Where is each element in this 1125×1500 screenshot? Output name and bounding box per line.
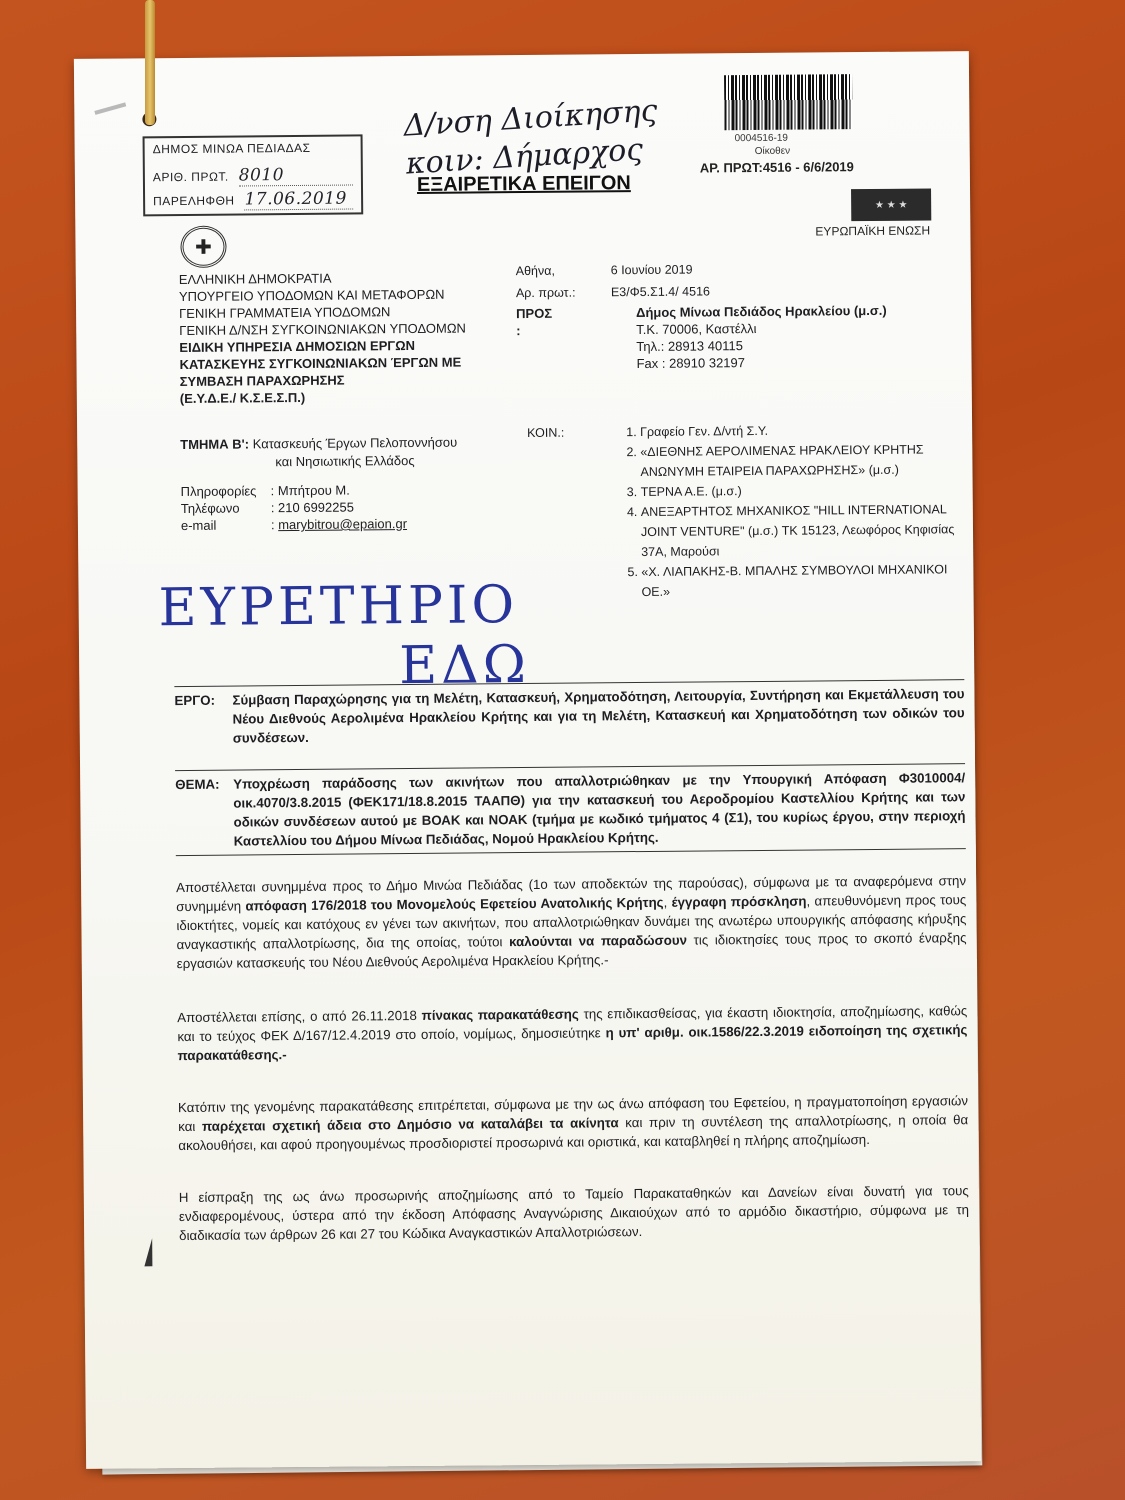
stamp-municipality: ΔΗΜΟΣ ΜΙΝΩΑ ΠΕΔΙΑΔΑΣ [153, 141, 311, 156]
body-paragraph-4: Η είσπραξη της ως άνω προσωρινής αποζημί… [179, 1181, 969, 1245]
eu-flag-icon: ★ ★ ★ [851, 188, 931, 221]
contacts-block: Πληροφορίες: Μπήτρου Μ. Τηλέφωνο: 210 69… [181, 481, 407, 534]
recipient-label: ΠΡΟΣ : [516, 305, 552, 339]
sender-block: ΕΛΛΗΝΙΚΗ ΔΗΜΟΚΡΑΤΙΑ ΥΠΟΥΡΓΕΙΟ ΥΠΟΔΟΜΩΝ Κ… [179, 269, 467, 407]
corner-mark [144, 1238, 152, 1266]
cc-label: ΚΟΙΝ.: [527, 423, 564, 443]
barcode-origin: Οίκοθεν [755, 146, 791, 157]
binding-string [145, 0, 155, 125]
body-paragraph-3: Κατόπιν της γενομένης παρακατάθεσης επιτ… [178, 1091, 968, 1155]
recipient-phone: Τηλ.: 28913 40115 [636, 336, 887, 355]
subject-label: ΘΕΜΑ: [175, 775, 234, 852]
recipient-address: Τ.Κ. 70006, Καστέλλι [636, 319, 887, 338]
cc-item: Γραφείο Γεν. Δ/ντή Σ.Υ. [640, 419, 960, 442]
body-paragraph-2: Αποστέλλεται επίσης, ο από 26.11.2018 πί… [177, 1001, 967, 1065]
protocol-value: Ε3/Φ5.Σ1.4/ 4516 [611, 280, 710, 303]
info-value: : Μπήτρου Μ. [271, 482, 350, 500]
urgency-label: ΕΞΑΙΡΕΤΙΚΑ ΕΠΕΙΓΟΝ [417, 172, 631, 197]
sender-line: ΥΠΟΥΡΓΕΙΟ ΥΠΟΔΟΜΩΝ ΚΑΙ ΜΕΤΑΦΟΡΩΝ [179, 286, 466, 306]
stamp-protocol-label: ΑΡΙΘ. ΠΡΩΤ. [153, 170, 229, 185]
recipient-fax: Fax : 28910 32197 [636, 353, 887, 372]
info-label: Πληροφορίες [181, 482, 271, 500]
handwritten-index-note: ΕΥΡΕΤΗΡΙΟ ΕΔΩ [158, 575, 530, 698]
handwritten-routing-note: Δ/νση Διοίκησης κοιν: Δήμαρχος [402, 92, 660, 183]
phone-value: : 210 6992255 [271, 499, 354, 517]
department-label: ΤΜΗΜΑ Β': [180, 436, 249, 452]
department-line-2: και Νησιωτικής Ελλάδος [275, 452, 457, 472]
cc-item: «Χ. ΛΙΑΠΑΚΗΣ-Β. ΜΠΑΛΗΣ ΣΥΜΒΟΥΛΟΙ ΜΗΧΑΝΙΚ… [641, 559, 961, 602]
project-section: ΕΡΓΟ: Σύμβαση Παραχώρησης για τη Μελέτη,… [174, 679, 965, 748]
received-stamp: ΔΗΜΟΣ ΜΙΝΩΑ ΠΕΔΙΑΔΑΣ ΑΡΙΘ. ΠΡΩΤ.8010 ΠΑΡ… [143, 134, 364, 216]
department-block: ΤΜΗΜΑ Β': Κατασκευής Έργων Πελοποννήσου … [180, 434, 457, 472]
email-label: e-mail [181, 516, 271, 534]
body-paragraph-1: Αποστέλλεται συνημμένα προς το Δήμο Μινώ… [176, 871, 967, 973]
date-protocol-block: Αθήνα,6 Ιουνίου 2019 Αρ. πρωτ.:Ε3/Φ5.Σ1.… [516, 258, 710, 304]
project-label: ΕΡΓΟ: [174, 691, 232, 749]
department-line-1: Κατασκευής Έργων Πελοποννήσου [253, 435, 458, 452]
barcode-protocol: ΑΡ. ΠΡΩΤ:4516 - 6/6/2019 [700, 159, 854, 175]
stamp-protocol-value: 8010 [239, 165, 353, 187]
barcode-number: 0004516-19 [735, 133, 788, 144]
sender-bold-line: (Ε.Υ.Δ.Ε./ Κ.Σ.Ε.Σ.Π.) [180, 388, 467, 408]
recipient-name: Δήμος Μίνωα Πεδιάδος Ηρακλείου (μ.σ.) [636, 302, 887, 321]
barcode-icon [724, 74, 852, 130]
subject-text: Υποχρέωση παράδοσης των ακινήτων που απα… [233, 768, 966, 850]
subject-section: ΘΕΜΑ: Υποχρέωση παράδοσης των ακινήτων π… [175, 763, 966, 856]
index-note-line-1: ΕΥΡΕΤΗΡΙΟ [158, 575, 518, 638]
cc-item: ΤΕΡΝΑ Α.Ε. (μ.σ.) [641, 479, 961, 502]
phone-label: Τηλέφωνο [181, 499, 271, 517]
eu-label: ΕΥΡΩΠΑΪΚΗ ΕΝΩΣΗ [815, 223, 930, 238]
stamp-received-label: ΠΑΡΕΛΗΦΘΗ [153, 194, 235, 209]
project-text: Σύμβαση Παραχώρησης για τη Μελέτη, Κατασ… [232, 684, 964, 747]
protocol-label: Αρ. πρωτ.: [516, 281, 611, 304]
cc-item: ΑΝΕΞΑΡΤΗΤΟΣ ΜΗΧΑΝΙΚΟΣ "HILL INTERNATIONA… [641, 499, 962, 562]
greek-coat-of-arms-icon: ✚ [180, 226, 226, 268]
stamp-received-value: 17.06.2019 [244, 189, 353, 211]
email-link[interactable]: marybitrou@epaion.gr [278, 516, 407, 532]
staple [94, 102, 126, 114]
document-page: ΔΗΜΟΣ ΜΙΝΩΑ ΠΕΔΙΑΔΑΣ ΑΡΙΘ. ΠΡΩΤ.8010 ΠΑΡ… [74, 51, 981, 1469]
cc-item: «ΔΙΕΘΝΗΣ ΑΕΡΟΛΙΜΕΝΑΣ ΗΡΑΚΛΕΙΟΥ ΚΡΗΤΗΣ ΑΝ… [640, 439, 960, 482]
sender-bold-line: ΚΑΤΑΣΚΕΥΗΣ ΣΥΓΚΟΙΝΩΝΙΑΚΩΝ ΈΡΓΩΝ ΜΕ [179, 354, 466, 374]
document-date: 6 Ιουνίου 2019 [611, 259, 693, 282]
place-label: Αθήνα, [516, 259, 611, 282]
sender-line: ΓΕΝΙΚΗ Δ/ΝΣΗ ΣΥΓΚΟΙΝΩΝΙΑΚΩΝ ΥΠΟΔΟΜΩΝ [179, 320, 466, 340]
